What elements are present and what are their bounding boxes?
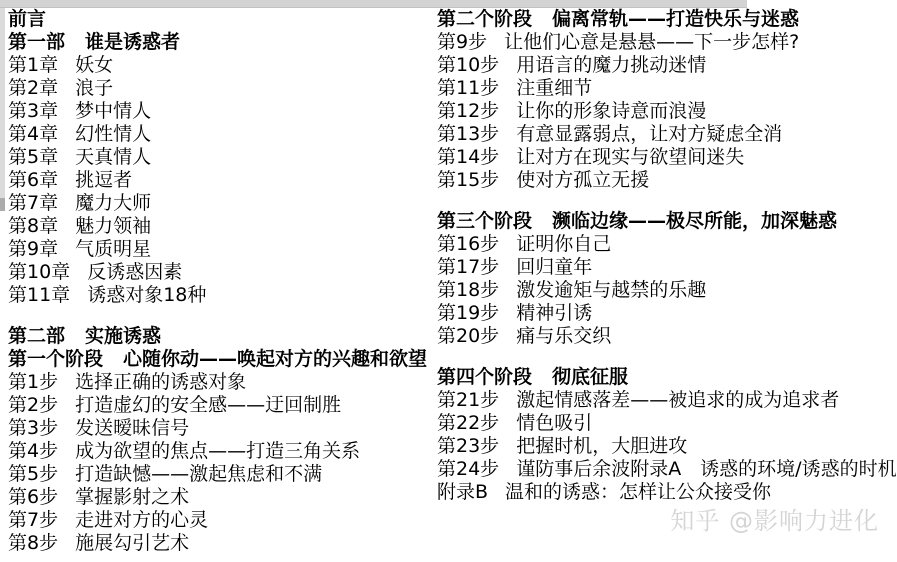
toc-column-left: 前言第一部谁是诱惑者第1章妖女第2章浪子第3章梦中情人第4章幻性情人第5章天真情… [8, 8, 437, 555]
toc-entry: 第10章反诱惑因素 [8, 261, 437, 284]
toc-entry-number: 第5步 [8, 463, 58, 486]
toc-entry-number: 第23步 [437, 435, 499, 458]
toc-entry: 第1章妖女 [8, 54, 437, 77]
toc-entry-number: 第9步 [437, 31, 487, 54]
toc-entry: 第9步让他们心意是悬悬——下一步怎样? [437, 31, 897, 54]
toc-entry: 第5步打造缺憾——激起焦虑和不满 [8, 463, 437, 486]
toc-entry: 第15步使对方孤立无援 [437, 169, 897, 192]
toc-entry: 第6步掌握影射之术 [8, 486, 437, 509]
toc-section-gap [437, 348, 897, 366]
toc-entry-title: 反诱惑因素 [87, 261, 182, 284]
toc-entry-number: 第6章 [8, 169, 58, 192]
toc-entry: 第16步证明你自己 [437, 233, 897, 256]
toc-entry-title: 用语言的魔力挑动迷情 [516, 54, 706, 77]
toc-entry-number: 第5章 [8, 146, 58, 169]
toc-entry-title: 诱惑对象18种 [87, 284, 206, 307]
toc-entry-title: 浪子 [75, 77, 113, 100]
toc-entry-title: 有意显露弱点，让对方疑虑全消 [516, 123, 782, 146]
toc-entry-title: 施展勾引艺术 [75, 532, 189, 555]
toc-entry: 第11章诱惑对象18种 [8, 284, 437, 307]
toc-entry: 第19步精神引诱 [437, 302, 897, 325]
toc-entry: 第12步让你的形象诗意而浪漫 [437, 100, 897, 123]
toc-entry-title: 打造缺憾——激起焦虑和不满 [75, 463, 322, 486]
toc-entry-number: 第14步 [437, 146, 499, 169]
toc-entry-number: 第6步 [8, 486, 58, 509]
toc-entry: 第17步回归童年 [437, 256, 897, 279]
toc-entry-title: 气质明星 [75, 238, 151, 261]
toc-entry: 第4章幻性情人 [8, 123, 437, 146]
toc-entry-title: 让他们心意是悬悬——下一步怎样? [504, 31, 799, 54]
toc-entry-number: 附录B [437, 481, 488, 504]
toc-entry-number: 第1步 [8, 371, 58, 394]
toc-entry-number: 第11章 [8, 284, 70, 307]
toc-entry-number: 第四个阶段 [437, 366, 532, 389]
toc-entry-number: 第15步 [437, 169, 499, 192]
toc-entry: 第18步激发逾矩与越禁的乐趣 [437, 279, 897, 302]
toc-section-heading: 第二部实施诱惑 [8, 325, 437, 348]
toc-entry-title: 注重细节 [516, 77, 592, 100]
toc-entry-title: 魅力领袖 [75, 215, 151, 238]
toc-entry-title: 情色吸引 [516, 412, 592, 435]
toc-entry-title: 发送暧昧信号 [75, 417, 189, 440]
toc-entry: 第23步把握时机，大胆进攻 [437, 435, 897, 458]
window-top-edge-bar [0, 0, 747, 8]
toc-entry: 第6章挑逗者 [8, 169, 437, 192]
toc-entry-number: 第10章 [8, 261, 70, 284]
toc-entry: 第1步选择正确的诱惑对象 [8, 371, 437, 394]
toc-entry: 第3章梦中情人 [8, 100, 437, 123]
toc-entry: 第7章魔力大师 [8, 192, 437, 215]
toc-entry-title: 偏离常轨——打造快乐与迷惑 [552, 8, 799, 31]
toc-entry-title: 证明你自己 [516, 233, 611, 256]
toc-entry: 第20步痛与乐交织 [437, 325, 897, 348]
toc-entry-title: 精神引诱 [516, 302, 592, 325]
toc-entry: 第9章气质明星 [8, 238, 437, 261]
toc-entry-title: 成为欲望的焦点——打造三角关系 [75, 440, 360, 463]
toc-entry: 第2步打造虚幻的安全感——迂回制胜 [8, 394, 437, 417]
toc-entry-title: 痛与乐交织 [516, 325, 611, 348]
toc-entry-number: 第4章 [8, 123, 58, 146]
toc-entry-number: 第9章 [8, 238, 58, 261]
toc-entry-number: 第11步 [437, 77, 499, 100]
left-scrollbar-track [0, 8, 5, 198]
toc-section-gap [437, 192, 897, 210]
toc-entry: 第24步谨防事后余波附录A 诱惑的环境/诱惑的时机 [437, 458, 897, 481]
toc-entry-title: 天真情人 [75, 146, 151, 169]
toc-entry: 第10步用语言的魔力挑动迷情 [437, 54, 897, 77]
toc-entry-title: 谨防事后余波附录A 诱惑的环境/诱惑的时机 [516, 458, 896, 481]
toc-entry-number: 第20步 [437, 325, 499, 348]
toc-entry-number: 第3章 [8, 100, 58, 123]
toc-entry-title: 梦中情人 [75, 100, 151, 123]
toc-entry-number: 第7章 [8, 192, 58, 215]
toc-entry-title: 谁是诱惑者 [85, 31, 180, 54]
toc-entry-number: 第22步 [437, 412, 499, 435]
toc-entry-number: 第16步 [437, 233, 499, 256]
toc-entry-title: 把握时机，大胆进攻 [516, 435, 687, 458]
toc-entry: 第8步施展勾引艺术 [8, 532, 437, 555]
toc-entry-number: 第7步 [8, 509, 58, 532]
toc-entry-number: 第1章 [8, 54, 58, 77]
toc-entry-number: 第一个阶段 [8, 348, 103, 371]
toc-section-heading: 第一部谁是诱惑者 [8, 31, 437, 54]
toc-entry: 第22步情色吸引 [437, 412, 897, 435]
toc-entry-number: 第8章 [8, 215, 58, 238]
watermark-text: 知乎 @影响力进化 [670, 501, 879, 536]
toc-section-heading: 第四个阶段彻底征服 [437, 366, 897, 389]
toc-entry-number: 第一部 [8, 31, 65, 54]
toc-entry-number: 第19步 [437, 302, 499, 325]
toc-entry: 第14步让对方在现实与欲望间迷失 [437, 146, 897, 169]
toc-entry-title: 激发逾矩与越禁的乐趣 [516, 279, 706, 302]
toc-entry-title: 幻性情人 [75, 123, 151, 146]
toc-entry-number: 第三个阶段 [437, 210, 532, 233]
toc-entry: 第8章魅力领袖 [8, 215, 437, 238]
toc-entry-number: 第10步 [437, 54, 499, 77]
toc-entry-title: 走进对方的心灵 [75, 509, 208, 532]
toc-entry-title: 打造虚幻的安全感——迂回制胜 [75, 394, 341, 417]
toc-entry-number: 第21步 [437, 389, 499, 412]
toc-entry: 第11步注重细节 [437, 77, 897, 100]
toc-entry-title: 挑逗者 [75, 169, 132, 192]
toc-entry-number: 第2章 [8, 77, 58, 100]
toc-section-heading: 第一个阶段心随你动——唤起对方的兴趣和欲望 [8, 348, 437, 371]
toc-entry-title: 让你的形象诗意而浪漫 [516, 100, 706, 123]
toc-entry-title: 魔力大师 [75, 192, 151, 215]
toc-entry-number: 第二部 [8, 325, 65, 348]
toc-entry-number: 第二个阶段 [437, 8, 532, 31]
toc-entry-title: 选择正确的诱惑对象 [75, 371, 246, 394]
toc-entry-title: 回归童年 [516, 256, 592, 279]
toc-column-right: 第二个阶段偏离常轨——打造快乐与迷惑第9步让他们心意是悬悬——下一步怎样?第10… [437, 8, 897, 555]
table-of-contents: 前言第一部谁是诱惑者第1章妖女第2章浪子第3章梦中情人第4章幻性情人第5章天真情… [8, 8, 897, 555]
toc-entry-number: 第8步 [8, 532, 58, 555]
toc-entry-title: 使对方孤立无援 [516, 169, 649, 192]
toc-entry-number: 第13步 [437, 123, 499, 146]
toc-entry-title: 激起情感落差——被追求的成为追求者 [516, 389, 839, 412]
toc-entry: 第2章浪子 [8, 77, 437, 100]
toc-entry-number: 第17步 [437, 256, 499, 279]
toc-entry: 第3步发送暧昧信号 [8, 417, 437, 440]
left-scrollbar-thumb [0, 198, 5, 211]
toc-entry-title: 彻底征服 [552, 366, 628, 389]
toc-entry-number: 前言 [8, 8, 46, 31]
toc-entry-title: 实施诱惑 [85, 325, 161, 348]
toc-entry-title: 让对方在现实与欲望间迷失 [516, 146, 744, 169]
toc-entry-title: 濒临边缘——极尽所能，加深魅惑 [552, 210, 837, 233]
toc-entry: 第21步激起情感落差——被追求的成为追求者 [437, 389, 897, 412]
toc-section-gap [8, 307, 437, 325]
toc-entry: 第4步成为欲望的焦点——打造三角关系 [8, 440, 437, 463]
toc-entry-number: 第24步 [437, 458, 499, 481]
toc-entry-title: 掌握影射之术 [75, 486, 189, 509]
toc-section-heading: 第二个阶段偏离常轨——打造快乐与迷惑 [437, 8, 897, 31]
toc-entry-number: 第3步 [8, 417, 58, 440]
toc-entry-number: 第12步 [437, 100, 499, 123]
toc-entry: 第5章天真情人 [8, 146, 437, 169]
toc-entry: 第7步走进对方的心灵 [8, 509, 437, 532]
toc-entry-title: 心随你动——唤起对方的兴趣和欲望 [123, 348, 427, 371]
toc-entry-title: 妖女 [75, 54, 113, 77]
toc-entry-number: 第18步 [437, 279, 499, 302]
toc-section-heading: 第三个阶段濒临边缘——极尽所能，加深魅惑 [437, 210, 897, 233]
toc-section-heading: 前言 [8, 8, 437, 31]
toc-entry-number: 第4步 [8, 440, 58, 463]
toc-entry: 第13步有意显露弱点，让对方疑虑全消 [437, 123, 897, 146]
toc-entry-number: 第2步 [8, 394, 58, 417]
